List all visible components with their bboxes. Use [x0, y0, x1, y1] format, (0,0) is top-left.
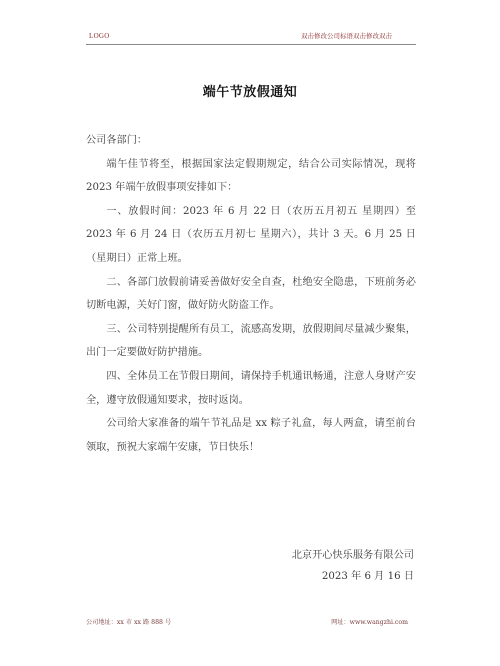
company-slogan: 双击修改公司标语双击修改双击	[301, 31, 392, 40]
item-flu-reminder: 三、公司特别提醒所有员工，流感高发期，放假期间尽量减少聚集，出门一定要做好防护措…	[86, 318, 416, 365]
footer-website: 网址：www.wangzhi.com	[331, 617, 408, 626]
gift-paragraph: 公司给大家准备的端午节礼品是 xx 粽子礼盒，每人两盒，请至前台领取，预祝大家端…	[86, 412, 416, 459]
item-safety-check: 二、各部门放假前请妥善做好安全自查，杜绝安全隐患，下班前务必切断电源，关好门窗，…	[86, 271, 416, 318]
page-header: LOGO 双击修改公司标语双击修改双击	[86, 30, 416, 45]
item-communication: 四、全体员工在节假日期间，请保持手机通讯畅通，注意人身财产安全，遵守放假通知要求…	[86, 365, 416, 412]
document-body: 公司各部门： 端午佳节将至，根据国家法定假期规定，结合公司实际情况，现将 202…	[86, 129, 416, 459]
intro-paragraph: 端午佳节将至，根据国家法定假期规定，结合公司实际情况，现将 2023 年端午放假…	[86, 153, 416, 200]
item-holiday-time: 一、放假时间：2023 年 6 月 22 日（农历五月初五 星期四）至 2023…	[86, 200, 416, 271]
footer-address: 公司地址：xx 市 xx 路 888 号	[86, 617, 171, 626]
salutation: 公司各部门：	[86, 129, 416, 153]
signature-company: 北京开心快乐服务有限公司	[292, 545, 414, 566]
signature-date: 2023 年 6 月 16 日	[292, 566, 414, 587]
logo-text: LOGO	[89, 32, 110, 40]
page-footer: 公司地址：xx 市 xx 路 888 号 网址：www.wangzhi.com	[86, 617, 416, 629]
document-title: 端午节放假通知	[0, 81, 500, 100]
signature-block: 北京开心快乐服务有限公司 2023 年 6 月 16 日	[292, 545, 414, 587]
